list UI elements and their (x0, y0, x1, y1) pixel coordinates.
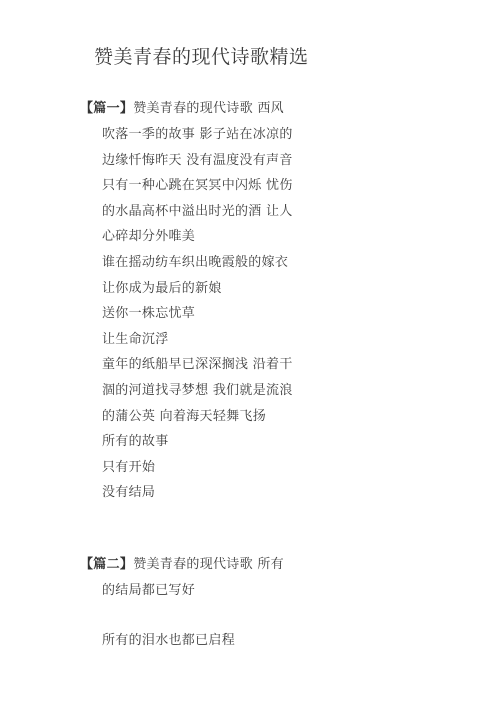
poem-line: 的蒲公英 向着海天轻舞飞扬 (102, 409, 266, 425)
section-1-label: 【篇一】 (80, 101, 133, 116)
poem-line: 让生命沉浮 (102, 332, 169, 348)
section-1-heading: 【篇一】赞美青春的现代诗歌 西风 (80, 101, 284, 117)
section-2-heading-text: 赞美青春的现代诗歌 所有 (133, 557, 284, 572)
poem-line: 心碎却分外唯美 (102, 229, 195, 245)
poem-line: 边缘忏悔昨天 没有温度没有声音 (102, 153, 293, 169)
poem-line: 让你成为最后的新娘 (102, 281, 222, 297)
poem-line: 童年的纸船早已深深搁浅 沿着干 (102, 357, 293, 373)
poem-line: 涸的河道找寻梦想 我们就是流浪 (102, 383, 293, 399)
poem-line: 吹落一季的故事 影子站在冰凉的 (102, 127, 293, 143)
document-page: 赞美青春的现代诗歌精选 【篇一】赞美青春的现代诗歌 西风 吹落一季的故事 影子站… (0, 0, 500, 706)
poem-line: 送你一株忘忧草 (102, 306, 195, 322)
poem-line: 所有的故事 (102, 434, 169, 450)
poem-line: 的水晶高杯中溢出时光的酒 让人 (102, 204, 293, 220)
page-title: 赞美青春的现代诗歌精选 (94, 42, 309, 69)
section-2-label: 【篇二】 (80, 557, 133, 572)
poem-line: 没有结局 (102, 485, 155, 501)
poem-line: 只有一种心跳在冥冥中闪烁 忧伤 (102, 178, 293, 194)
poem-line: 所有的泪水也都已启程 (102, 633, 235, 649)
poem-line: 只有开始 (102, 460, 155, 476)
section-1-heading-text: 赞美青春的现代诗歌 西风 (133, 101, 284, 116)
poem-line: 的结局都已写好 (102, 583, 195, 599)
poem-line: 谁在摇动纺车织出晚霞般的嫁衣 (102, 255, 288, 271)
section-2-heading: 【篇二】赞美青春的现代诗歌 所有 (80, 557, 284, 573)
